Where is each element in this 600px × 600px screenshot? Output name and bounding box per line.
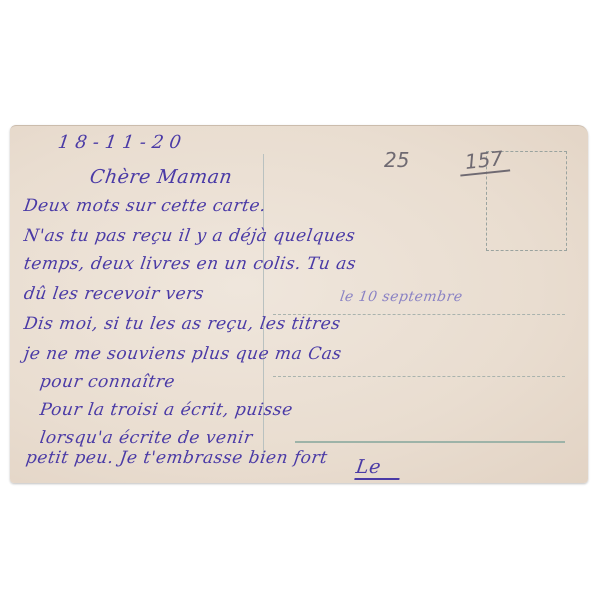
letter-line-4: dû les recevoir vers [23, 284, 206, 304]
pencil-mark-25: 25 [384, 148, 409, 172]
letter-line-6: je ne me souviens plus que ma Cas [23, 344, 343, 364]
letter-line-9: lorsqu'a écrite de venir [39, 428, 254, 448]
letter-line-3: temps, deux livres en un colis. Tu as [23, 254, 358, 274]
signature: Le [354, 456, 402, 480]
address-line [295, 441, 565, 443]
handwritten-date: 18-11-20 [57, 132, 189, 153]
letter-line-8: Pour la troisi a écrit, puisse [39, 400, 295, 420]
inserted-date-note: le 10 septembre [339, 289, 464, 305]
salutation: Chère Maman [88, 166, 233, 188]
address-line [273, 376, 565, 377]
letter-line-2: N'as tu pas reçu il y a déjà quelques [23, 226, 357, 246]
postcard: 18-11-20 25 157 Chère Maman Deux mots su… [10, 125, 588, 483]
pencil-mark-157: 157 [458, 145, 511, 176]
letter-line-1: Deux mots sur cette carte. [23, 196, 268, 216]
letter-line-10: petit peu. Je t'embrasse bien fort [25, 448, 329, 468]
letter-line-7: pour connaître [39, 372, 177, 392]
letter-line-5: Dis moi, si tu les as reçu, les titres [23, 314, 342, 334]
